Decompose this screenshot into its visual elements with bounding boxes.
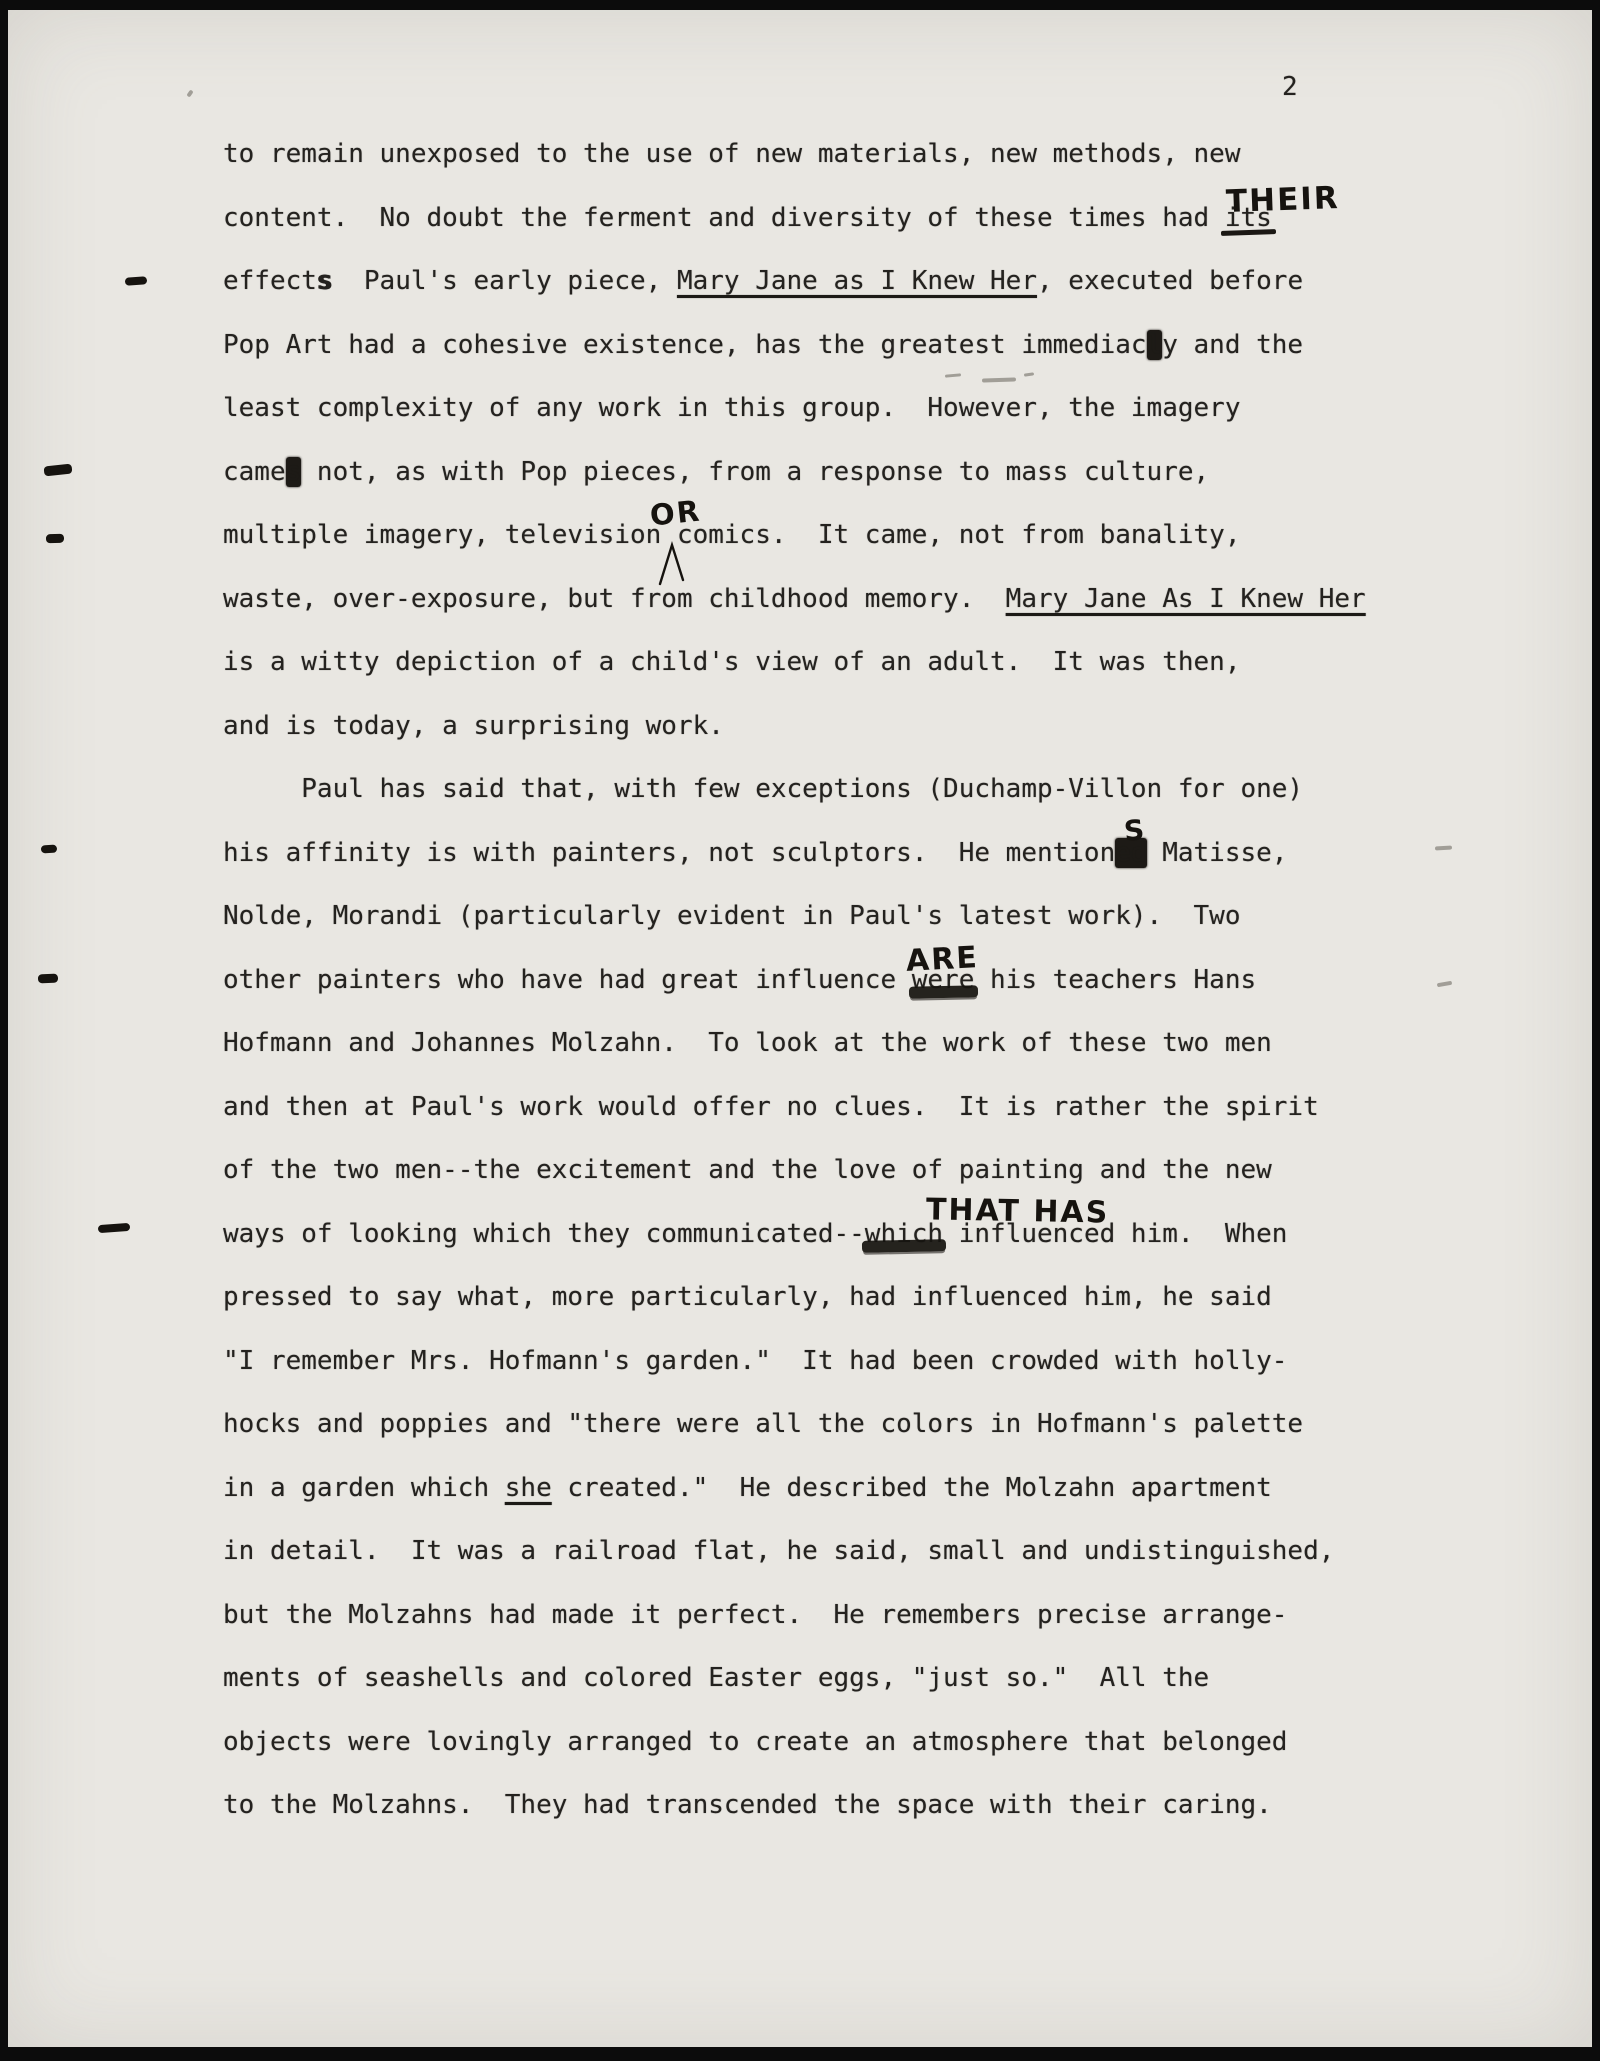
typed-segment: ments of seashells and colored Easter eg… [223,1663,1209,1693]
typed-segment: to the Molzahns. They had transcended th… [223,1790,1272,1820]
typed-segment: not, as with Pop pieces, from a response… [301,457,1209,487]
typed-segment-heavy: s [317,266,333,296]
typed-line: of the two men--the excitement and the l… [223,1139,1483,1203]
typed-segment: least complexity of any work in this gro… [223,393,1240,423]
typed-line: his affinity is with painters, not sculp… [223,822,1483,886]
typed-segment: y and the [1162,330,1303,360]
typed-line: hocks and poppies and "there were all th… [223,1393,1483,1457]
margin-dash-mark [41,845,57,854]
typed-segment: Matisse, [1147,838,1288,868]
typescript-body: to remain unexposed to the use of new ma… [223,123,1483,1838]
margin-dash-mark [98,1223,130,1233]
typed-segment: other painters who have had great influe… [223,965,912,995]
typed-segment: ways of looking which they communicated-… [223,1219,865,1249]
typed-line: cames not, as with Pop pieces, from a re… [223,441,1483,505]
margin-dash-mark [38,974,58,984]
pencil-dash-mark [186,89,193,97]
handwritten-insert-are: ARE [905,940,980,979]
typed-line: least complexity of any work in this gro… [223,377,1483,441]
typed-segment: waste, over-exposure, but from childhood… [223,584,1006,614]
typed-segment: Pop Art had a cohesive existence, has th… [223,330,1147,360]
typed-line: to the Molzahns. They had transcended th… [223,1774,1483,1838]
typed-line: objects were lovingly arranged to create… [223,1711,1483,1775]
typed-line: Pop Art had a cohesive existence, has th… [223,314,1483,378]
typed-line: Nolde, Morandi (particularly evident in … [223,885,1483,949]
typed-segment: effect [223,266,317,296]
typed-line: effects Paul's early piece, Mary Jane as… [223,250,1483,314]
typed-segment: to remain unexposed to the use of new ma… [223,139,1240,169]
typed-line: and is today, a surprising work. [223,695,1483,759]
typed-line: "I remember Mrs. Hofmann's garden." It h… [223,1330,1483,1394]
typed-segment: his affinity is with painters, not sculp… [223,838,1115,868]
typed-segment-u: she [505,1473,552,1503]
typed-segment: created." He described the Molzahn apart… [552,1473,1272,1503]
typed-segment: is a witty depiction of a child's view o… [223,647,1240,677]
typed-segment: , executed before [1037,266,1303,296]
margin-dash-mark [125,276,148,286]
margin-dash-mark [46,534,64,544]
typed-segment: but the Molzahns had made it perfect. He… [223,1600,1287,1630]
typed-segment-u: Mary Jane as I Knew Her [677,266,1037,296]
typed-line: Hofmann and Johannes Molzahn. To look at… [223,1012,1483,1076]
typed-segment-blot: s [286,457,302,487]
typed-segment: content. No doubt the ferment and divers… [223,203,1225,233]
typed-line: to remain unexposed to the use of new ma… [223,123,1483,187]
typed-line: and then at Paul's work would offer no c… [223,1076,1483,1140]
typed-segment: of the two men--the excitement and the l… [223,1155,1272,1185]
typed-line: in detail. It was a railroad flat, he sa… [223,1520,1483,1584]
typed-segment: Paul's early piece, [333,266,677,296]
page-number: 2 [1282,72,1298,102]
typed-line: is a witty depiction of a child's view o… [223,631,1483,695]
typed-segment: pressed to say what, more particularly, … [223,1282,1272,1312]
handwritten-insert-that-has: THAT HAS [926,1192,1110,1230]
typed-segment: in a garden which [223,1473,505,1503]
typescript-page: 2 to remain unexposed to the use of new … [8,10,1592,2047]
typed-segment: and then at Paul's work would offer no c… [223,1092,1319,1122]
typed-segment: objects were lovingly arranged to create… [223,1727,1287,1757]
typed-segment: multiple imagery, television comics. It … [223,520,1240,550]
typed-segment: Hofmann and Johannes Molzahn. To look at… [223,1028,1272,1058]
typed-line: ways of looking which they communicated-… [223,1203,1483,1267]
margin-dash-mark [44,464,73,477]
handwritten-insert-or: OR [648,493,702,532]
typed-segment: came [223,457,286,487]
typed-segment: Paul has said that, with few exceptions … [223,774,1303,804]
typed-line: ments of seashells and colored Easter eg… [223,1647,1483,1711]
scan-black-border: 2 to remain unexposed to the use of new … [0,0,1600,2061]
typed-segment-u: Mary Jane As I Knew Her [1006,584,1366,614]
typed-segment: in detail. It was a railroad flat, he sa… [223,1536,1334,1566]
handwritten-insert-s: S [1123,813,1148,848]
handwritten-insert-their: THEIR [1225,180,1340,220]
insertion-caret-mark [656,540,686,591]
typed-segment: his teachers Hans [974,965,1256,995]
typed-line: in a garden which she created." He descr… [223,1457,1483,1521]
typed-segment: hocks and poppies and "there were all th… [223,1409,1303,1439]
typed-segment: and is today, a surprising work. [223,711,724,741]
typed-line: other painters who have had great influe… [223,949,1483,1013]
typed-line: waste, over-exposure, but from childhood… [223,568,1483,632]
typed-line: but the Molzahns had made it perfect. He… [223,1584,1483,1648]
typed-segment: "I remember Mrs. Hofmann's garden." It h… [223,1346,1287,1376]
typed-segment-blot: l [1147,330,1163,360]
typed-segment: Nolde, Morandi (particularly evident in … [223,901,1240,931]
typed-line: pressed to say what, more particularly, … [223,1266,1483,1330]
typed-line: Paul has said that, with few exceptions … [223,758,1483,822]
typed-line: multiple imagery, television comics. It … [223,504,1483,568]
